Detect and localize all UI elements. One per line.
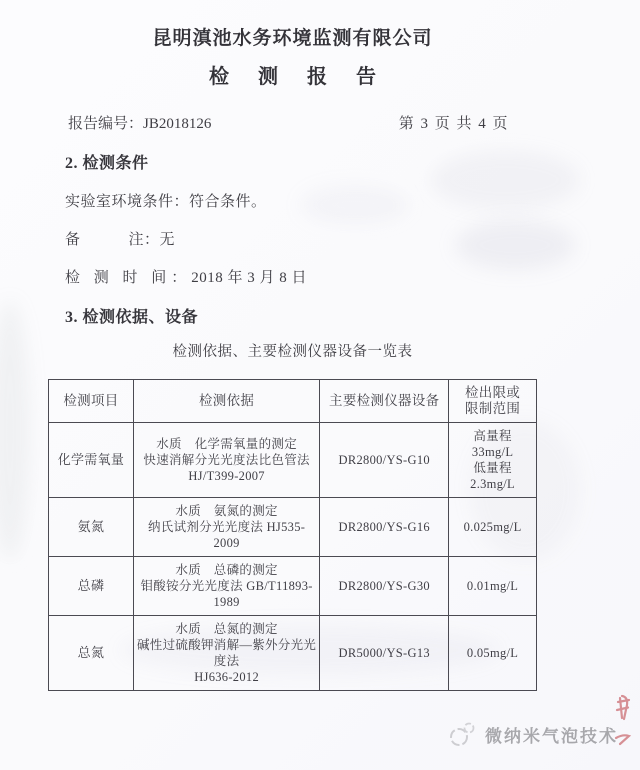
cell-instrument: DR2800/YS-G16 — [320, 498, 449, 557]
report-number: 报告编号：JB2018126 — [68, 115, 211, 134]
instruments-table: 检测项目 检测依据 主要检测仪器设备 检出限或 限制范围 化学需氧量 水质 化学… — [48, 379, 537, 691]
basis-line: 水质 总磷的测定 — [137, 562, 316, 578]
remark-value: 注：无 — [129, 232, 176, 248]
basis-line: 水质 化学需氧量的测定 — [137, 436, 316, 452]
cell-basis: 水质 氨氮的测定 纳氏试剂分光光度法 HJ535-2009 — [133, 498, 319, 557]
document-content: 昆明滇池水务环境监测有限公司 检 测 报 告 报告编号：JB2018126 第 … — [48, 0, 537, 691]
header-basis: 检测依据 — [133, 380, 319, 423]
table-row: 氨氮 水质 氨氮的测定 纳氏试剂分光光度法 HJ535-2009 DR2800/… — [49, 498, 537, 557]
cell-item: 氨氮 — [49, 498, 134, 557]
report-number-value: JB2018126 — [143, 116, 211, 132]
section-2-heading: 2. 检测条件 — [65, 154, 537, 174]
cell-limit: 0.01mg/L — [449, 557, 537, 616]
table-header-row: 检测项目 检测依据 主要检测仪器设备 检出限或 限制范围 — [49, 380, 537, 423]
cell-limit: 0.025mg/L — [449, 498, 537, 557]
watermark-text: 微纳米气泡技术 — [485, 722, 618, 747]
table-row: 化学需氧量 水质 化学需氧量的测定 快速消解分光光度法比色管法 HJ/T399-… — [49, 423, 537, 498]
section-3-heading: 3. 检测依据、设备 — [65, 308, 537, 328]
limit-line: 低量程 2.3mg/L — [452, 460, 533, 492]
table-row: 总磷 水质 总磷的测定 钼酸铵分光光度法 GB/T11893-1989 DR28… — [49, 557, 537, 616]
report-number-label: 报告编号： — [68, 116, 143, 132]
company-name: 昆明滇池水务环境监测有限公司 — [48, 0, 537, 51]
cell-limit: 高量程 33mg/L 低量程 2.3mg/L — [449, 423, 537, 498]
limit-line: 高量程 33mg/L — [452, 428, 533, 460]
basis-line: 纳氏试剂分光光度法 HJ535-2009 — [137, 519, 316, 551]
cell-basis: 水质 总磷的测定 钼酸铵分光光度法 GB/T11893-1989 — [133, 557, 319, 616]
cell-item: 总磷 — [49, 557, 134, 616]
cell-basis: 水质 总氮的测定 碱性过硫酸钾消解—紫外分光光度法 HJ636-2012 — [133, 616, 319, 691]
cell-limit: 0.05mg/L — [449, 616, 537, 691]
test-time-value: 2018 年 3 月 8 日 — [191, 270, 307, 286]
bleedthrough-blob — [0, 300, 30, 560]
header-limit: 检出限或 限制范围 — [449, 380, 537, 423]
basis-line: HJ636-2012 — [137, 669, 316, 685]
cell-basis: 水质 化学需氧量的测定 快速消解分光光度法比色管法 HJ/T399-2007 — [133, 423, 319, 498]
cell-instrument: DR2800/YS-G10 — [320, 423, 449, 498]
cell-item: 总氮 — [49, 616, 134, 691]
page-indicator: 第 3 页 共 4 页 — [399, 115, 509, 134]
basis-line: 快速消解分光光度法比色管法 — [137, 452, 316, 468]
meta-row: 报告编号：JB2018126 第 3 页 共 4 页 — [48, 115, 537, 134]
header-item: 检测项目 — [49, 380, 134, 423]
table-row: 总氮 水质 总氮的测定 碱性过硫酸钾消解—紫外分光光度法 HJ636-2012 … — [49, 616, 537, 691]
bubbles-logo-icon — [448, 720, 478, 748]
basis-line: 碱性过硫酸钾消解—紫外分光光度法 — [137, 637, 316, 669]
cell-item: 化学需氧量 — [49, 423, 134, 498]
footer-watermark: 微纳米气泡技术 — [448, 720, 618, 748]
test-time-line: 检 测 时 间：2018 年 3 月 8 日 — [65, 269, 537, 288]
limit-line: 0.05mg/L — [452, 645, 533, 661]
red-stamp-mark-icon — [608, 690, 638, 762]
basis-line: 水质 总氮的测定 — [137, 621, 316, 637]
remark-line: 备注：无 — [65, 231, 537, 250]
header-limit-line1: 检出限或 — [452, 385, 533, 401]
basis-line: HJ/T399-2007 — [137, 468, 316, 484]
header-instrument: 主要检测仪器设备 — [320, 380, 449, 423]
table-caption: 检测依据、主要检测仪器设备一览表 — [48, 343, 537, 362]
cell-instrument: DR2800/YS-G30 — [320, 557, 449, 616]
report-page: 昆明滇池水务环境监测有限公司 检 测 报 告 报告编号：JB2018126 第 … — [0, 0, 640, 770]
remark-label: 备 — [65, 231, 81, 250]
header-limit-line2: 限制范围 — [452, 401, 533, 417]
lab-condition-line: 实验室环境条件：符合条件。 — [65, 193, 537, 212]
basis-line: 钼酸铵分光光度法 GB/T11893-1989 — [137, 578, 316, 610]
limit-line: 0.025mg/L — [452, 519, 533, 535]
limit-line: 0.01mg/L — [452, 578, 533, 594]
report-title: 检 测 报 告 — [48, 65, 537, 89]
cell-instrument: DR5000/YS-G13 — [320, 616, 449, 691]
test-time-label: 检 测 时 间： — [65, 270, 191, 286]
basis-line: 水质 氨氮的测定 — [137, 503, 316, 519]
